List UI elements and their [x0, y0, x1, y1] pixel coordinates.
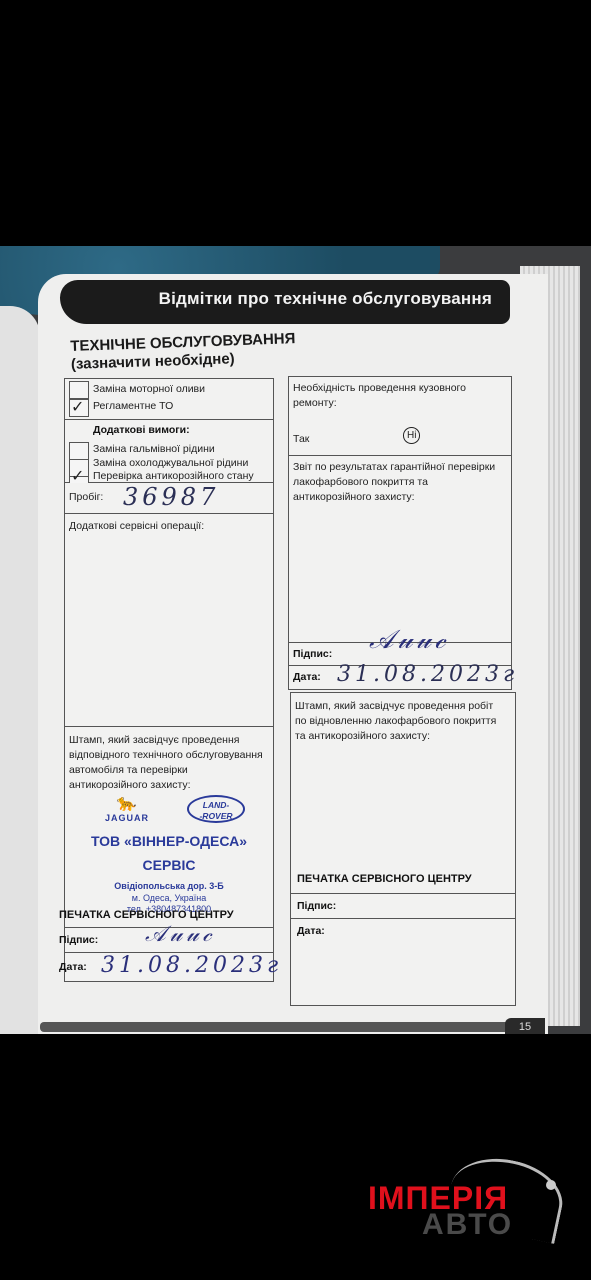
- stamp-service: СЕРВІС: [65, 857, 273, 873]
- header-title: Відмітки про технічне обслуговування: [159, 289, 492, 309]
- paint-stamp-label: Штамп, який засвідчує проведення робіт п…: [295, 699, 505, 744]
- body-repair-label: Необхідність проведення кузовного ремонт…: [293, 381, 481, 411]
- date-value: 31.08.2023г: [101, 953, 282, 978]
- checkbox-brake-fluid[interactable]: [69, 442, 89, 460]
- mileage-label: Пробіг:: [69, 491, 103, 503]
- label-scheduled-service: Регламентне ТО: [93, 400, 173, 412]
- date-label: Дата:: [59, 961, 87, 973]
- mileage-cell: Пробіг: 36987: [65, 483, 273, 514]
- label-coolant: Заміна охолоджувальної рідини: [93, 457, 248, 469]
- report-cell: Звіт по результатах гарантійної перевірк…: [289, 456, 511, 643]
- stamp-label: Штамп, який засвідчує проведення відпові…: [69, 733, 267, 793]
- right-date-label: Дата:: [293, 671, 321, 683]
- right-date-value: 31.08.2023г: [337, 662, 518, 687]
- label-brake-fluid: Заміна гальмівної рідини: [93, 443, 215, 455]
- extra-requirements-cell: Додаткові вимоги: ✓ Заміна гальмівної рі…: [65, 420, 273, 483]
- checkmark-icon: ✓: [71, 397, 84, 416]
- jaguar-text: JAGUAR: [105, 813, 149, 823]
- mileage-value: 36987: [123, 483, 219, 511]
- extra-ops-label: Додаткові сервісні операції:: [69, 520, 204, 532]
- land-rover-line2: -ROVER: [189, 811, 243, 822]
- paint-stamp-cell: Штамп, який засвідчує проведення робіт п…: [291, 693, 515, 894]
- seal-label: ПЕЧАТКА СЕРВІСНОГО ЦЕНТРУ: [59, 909, 234, 921]
- stamp-company: ТОВ «ВІННЕР-ОДЕСА»: [65, 833, 273, 849]
- land-rover-logo: LAND- -ROVER: [187, 795, 245, 823]
- page-footer-strip: [40, 1022, 510, 1032]
- label-oil-change: Заміна моторної оливи: [93, 383, 205, 395]
- signature-cell: Підпис: 𝒜𝓊𝓊𝒸: [65, 928, 273, 953]
- logo-dot-icon: [546, 1180, 556, 1190]
- jaguar-logo: 🐆 JAGUAR: [105, 793, 149, 823]
- paint-signature-cell: Підпис:: [291, 894, 515, 919]
- document-photo: Відмітки про технічне обслуговування ТЕХ…: [0, 246, 591, 1034]
- body-repair-cell: Необхідність проведення кузовного ремонт…: [289, 377, 511, 456]
- right-signature-label: Підпис:: [293, 648, 332, 660]
- stamp-city: м. Одеса, Україна: [65, 893, 273, 903]
- extra-requirements-title: Додаткові вимоги:: [93, 424, 190, 436]
- maintenance-box: ✓ Заміна моторної оливи Регламентне ТО Д…: [64, 378, 274, 982]
- option-yes[interactable]: Так: [293, 433, 309, 445]
- stamp-cell: Штамп, який засвідчує проведення відпові…: [65, 727, 273, 928]
- page-number: 15: [505, 1018, 545, 1034]
- report-label: Звіт по результатах гарантійної перевірк…: [293, 460, 503, 505]
- extra-ops-cell: Додаткові сервісні операції:: [65, 514, 273, 727]
- option-no-circled[interactable]: Ні: [403, 427, 420, 444]
- right-seal-label: ПЕЧАТКА СЕРВІСНОГО ЦЕНТРУ: [297, 873, 472, 885]
- paint-date-cell: Дата:: [291, 919, 515, 943]
- left-page: [0, 306, 40, 1034]
- maintenance-type-cell: ✓ Заміна моторної оливи Регламентне ТО: [65, 379, 273, 420]
- right-date-cell: Дата: 31.08.2023г: [289, 666, 511, 688]
- jaguar-leaper-icon: 🐆: [105, 793, 149, 813]
- signature-scribble: 𝒜𝓊𝓊𝒸: [145, 922, 215, 947]
- date-cell: Дата: 31.08.2023г: [65, 953, 273, 980]
- right-signature-scribble: 𝒜𝓊𝓊𝒸: [369, 625, 449, 656]
- signature-label: Підпис:: [59, 934, 98, 946]
- header-banner: Відмітки про технічне обслуговування: [60, 280, 510, 324]
- paint-signature-label: Підпис:: [297, 900, 336, 912]
- land-rover-line1: LAND-: [189, 800, 243, 811]
- paint-restoration-box: Штамп, який засвідчує проведення робіт п…: [290, 692, 516, 1006]
- paint-date-label: Дата:: [297, 925, 325, 937]
- body-repair-box: Необхідність проведення кузовного ремонт…: [288, 376, 512, 690]
- watermark-logo: ІМПЕРІЯ АВТО: [360, 1160, 560, 1240]
- stamp-address: Овідіопольська дор. 3-Б: [65, 881, 273, 891]
- label-anticorrosion: Перевірка антикорозійного стану: [93, 470, 254, 482]
- watermark-line2: АВТО: [422, 1208, 513, 1242]
